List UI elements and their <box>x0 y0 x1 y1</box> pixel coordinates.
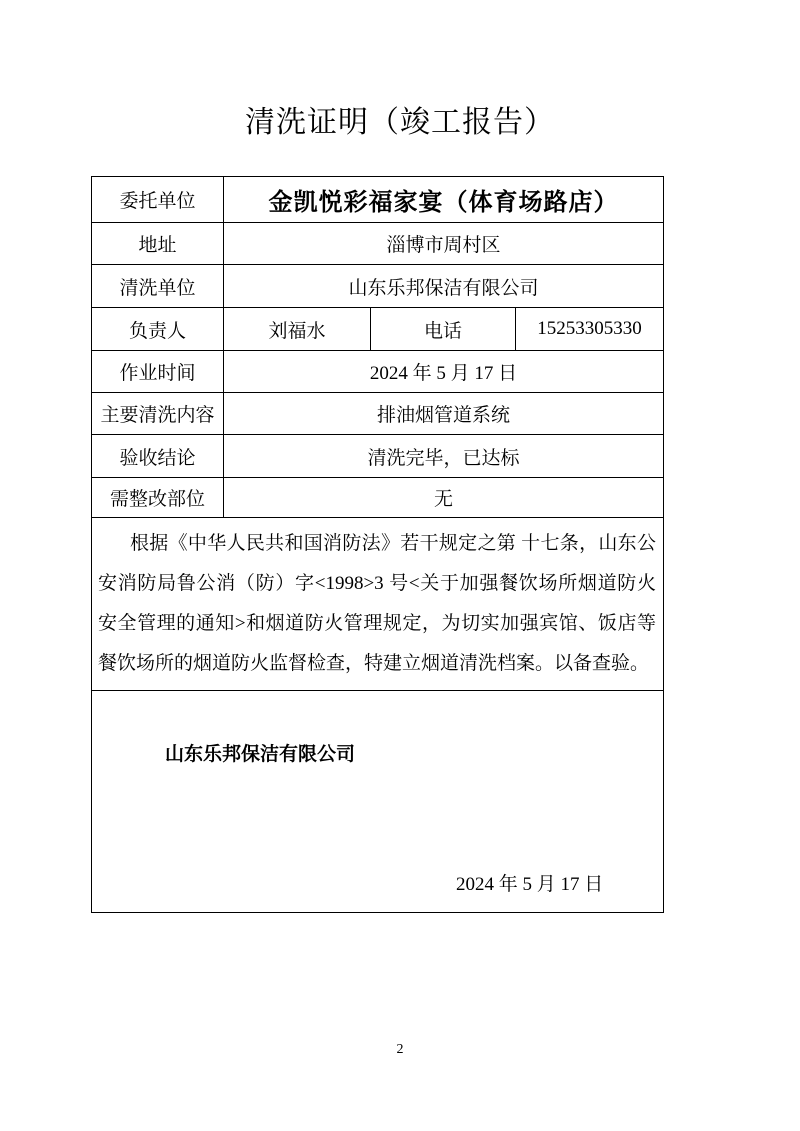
note-cell: 根据《中华人民共和国消防法》若干规定之第 十七条，山东公安消防局鲁公消（防）字<… <box>92 518 664 691</box>
table-row-cleaning-content: 主要清洗内容 排油烟管道系统 <box>92 393 664 435</box>
person-label: 负责人 <box>92 308 224 351</box>
acceptance-label: 验收结论 <box>92 435 224 478</box>
signature-date: 2024 年 5 月 17 日 <box>456 869 603 896</box>
signature-cell: 山东乐邦保洁有限公司 2024 年 5 月 17 日 <box>92 691 664 913</box>
table-row-cleaning-unit: 清洗单位 山东乐邦保洁有限公司 <box>92 265 664 308</box>
cleaning-unit-value: 山东乐邦保洁有限公司 <box>224 265 664 308</box>
rectification-value: 无 <box>224 478 664 518</box>
certificate-table: 委托单位 金凯悦彩福家宴（体育场路店） 地址 淄博市周村区 清洗单位 山东乐邦保… <box>91 176 664 913</box>
work-time-label: 作业时间 <box>92 351 224 393</box>
table-row-client: 委托单位 金凯悦彩福家宴（体育场路店） <box>92 177 664 223</box>
table-row-signature: 山东乐邦保洁有限公司 2024 年 5 月 17 日 <box>92 691 664 913</box>
address-value: 淄博市周村区 <box>224 223 664 265</box>
cleaning-unit-label: 清洗单位 <box>92 265 224 308</box>
client-value: 金凯悦彩福家宴（体育场路店） <box>224 177 664 223</box>
table-row-work-time: 作业时间 2024 年 5 月 17 日 <box>92 351 664 393</box>
phone-label: 电话 <box>371 308 516 351</box>
cleaning-content-label: 主要清洗内容 <box>92 393 224 435</box>
table-row-acceptance: 验收结论 清洗完毕，已达标 <box>92 435 664 478</box>
work-time-value: 2024 年 5 月 17 日 <box>224 351 664 393</box>
acceptance-value: 清洗完毕，已达标 <box>224 435 664 478</box>
page-number: 2 <box>0 1042 800 1058</box>
address-label: 地址 <box>92 223 224 265</box>
person-value: 刘福水 <box>224 308 371 351</box>
signature-company: 山东乐邦保洁有限公司 <box>165 739 355 766</box>
page-title: 清洗证明（竣工报告） <box>0 97 800 141</box>
client-label: 委托单位 <box>92 177 224 223</box>
cleaning-content-value: 排油烟管道系统 <box>224 393 664 435</box>
table-row-note: 根据《中华人民共和国消防法》若干规定之第 十七条，山东公安消防局鲁公消（防）字<… <box>92 518 664 691</box>
document-page: 清洗证明（竣工报告） 委托单位 金凯悦彩福家宴（体育场路店） 地址 淄博市周村区… <box>0 0 800 1131</box>
table-row-address: 地址 淄博市周村区 <box>92 223 664 265</box>
note-text: 根据《中华人民共和国消防法》若干规定之第 十七条，山东公安消防局鲁公消（防）字<… <box>98 524 656 684</box>
phone-value: 15253305330 <box>516 308 664 351</box>
table-row-person-in-charge: 负责人 刘福水 电话 15253305330 <box>92 308 664 351</box>
table-row-rectification: 需整改部位 无 <box>92 478 664 518</box>
rectification-label: 需整改部位 <box>92 478 224 518</box>
